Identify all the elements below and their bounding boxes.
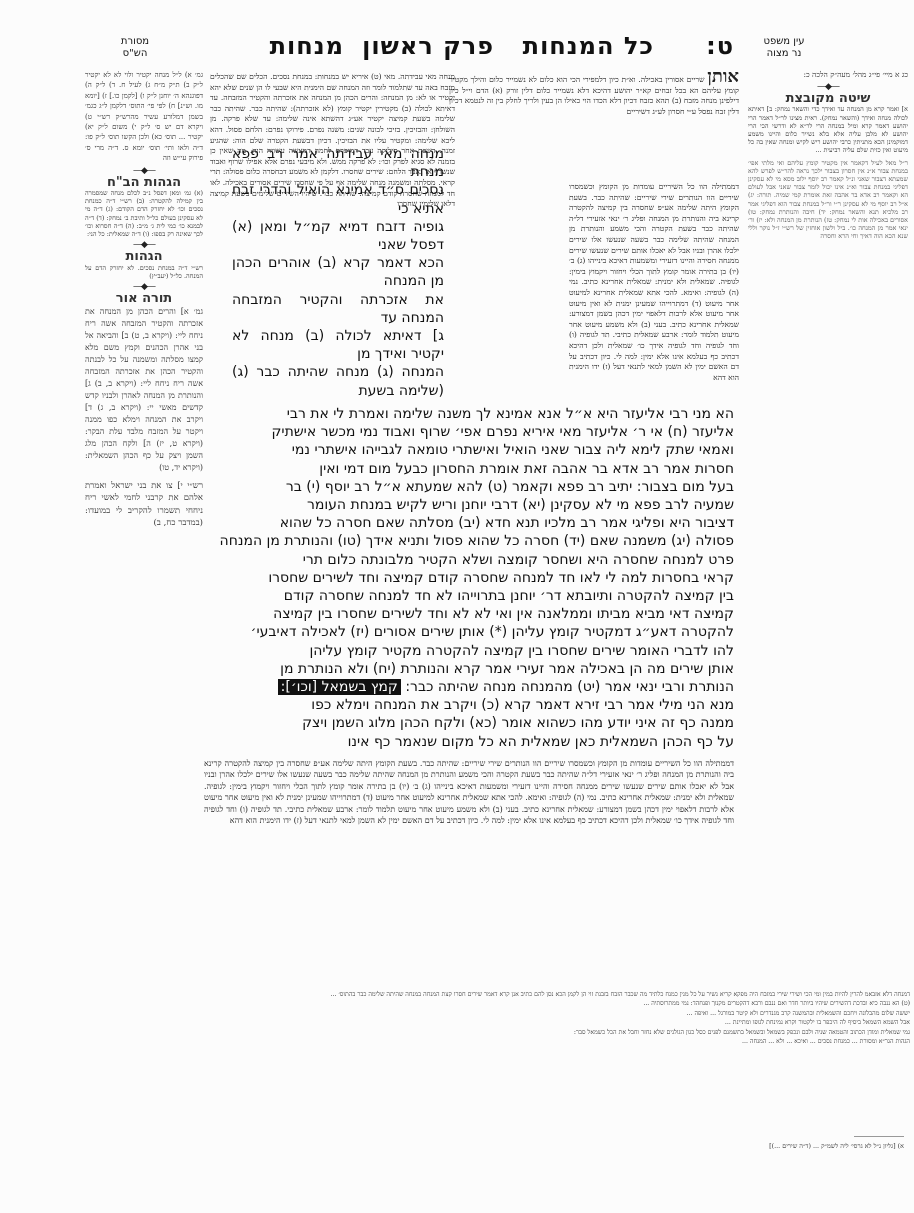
gemara-line: להו לדברי האומר שירים שחסרו בין קמיצה לה… xyxy=(214,642,734,660)
gemara-line: בעל מום בצבור: יתיב רב פפא וקאמר (ט) להא… xyxy=(214,478,734,496)
ein-mishpat-column: כג א מיי׳ פי״ג מהל׳ מעה״ק הלכה כ: —◆— שי… xyxy=(748,70,908,1070)
gemara-line: ואמאי שתק לימא ליה צבור שאני הואיל ואישת… xyxy=(214,441,734,459)
commentary-line: הגהות הגר״א ומסורת ... כמנחת נסכים ... ו… xyxy=(85,1037,910,1046)
gemara-line: פסולה (יג) משמנה שאם (יד) חסרה כל שהוא פ… xyxy=(214,532,734,550)
hagahot-heading: הגהות xyxy=(85,253,203,261)
tosafot-top-text: שריים אסורין באכילה. וא״ת כיון דלמפירי ה… xyxy=(449,75,739,116)
chapter-name: כל המנחות xyxy=(523,32,654,60)
ein-mishpat-label: עין משפט נר מצוה xyxy=(754,36,814,60)
torah-or-body: גמ׳ א] והרים הכהן מן המנחה את אזכרתה והק… xyxy=(85,306,203,474)
tractate-name: מנחות xyxy=(270,32,344,60)
daf-number: ט: xyxy=(706,32,734,60)
shita-mekubetzet-body: א] ואמר קרא מן המנחה עד ואידך כדי והשאר … xyxy=(748,105,908,154)
footnote: א) [גליון נ״ל לא גרסי׳ ליה לשמ״ק ... (ד״… xyxy=(404,1142,904,1156)
commentary-line: יששה שלום מהבלונה ויחכם והשמאלית ובהמשנה… xyxy=(85,1009,910,1018)
masoret-body: גמ׳ א) ל״ל מנחה יקטיר ולוי לא לא יקטיר ל… xyxy=(85,70,203,164)
tosafot-top-block: אותן שריים אסורין באכילה. וא״ת כיון דלמפ… xyxy=(449,72,739,182)
shita-mekubetzet-body-lower: ר״ל מאל לעיל דקאמר אין מקטיר קומץ עליהם … xyxy=(748,159,908,241)
tosafot-right-flank: דממתילה הוו כל השיריים עומדות מן הקומץ ו… xyxy=(569,182,739,402)
gemara-line: דציבור היא ופליגי אמר רב מלכיו תנא חדא (… xyxy=(214,514,734,532)
commentary-line: גמי שמאלית ומודן הכתוב והטמאה שניה ולבם … xyxy=(85,1028,910,1037)
gemara-text-wide: הא מני רבי אליעזר היא א״ל אנא אמינא לך מ… xyxy=(214,405,734,750)
tosafot-bottom-block: דממתילה הוו כל השיריים עומדות מן הקומץ ו… xyxy=(204,758,734,978)
hagahot-bach-body: (א) גמ׳ ומאן דפסל נ״ב לכלם מנחה שמסמרה ב… xyxy=(85,189,203,238)
gemara-line: פרט למנחה שחסרה היא ושחסר קומצה ושלא הקט… xyxy=(214,551,734,569)
ornament-divider: —◆— xyxy=(748,83,908,91)
hagahot-bach-heading: הגהות הב"ח xyxy=(85,179,203,187)
bottom-commentary: דמנחה דלא אזבאמ להרין להיות במין ומי הכי… xyxy=(85,990,910,1135)
gemara-line: אותן שירים מה הן באכילה אמר זעירי אמר קר… xyxy=(214,660,734,678)
gemara-line: מנא הני מילי אמר רבי זירא דאמר קרא (כ) ו… xyxy=(214,696,734,714)
ornament-divider: —◆— xyxy=(85,283,203,291)
ein-mishpat-entry: כג א מיי׳ פי״ג מהל׳ מעה״ק הלכה כ: xyxy=(748,70,908,80)
page-header: עין משפט נר מצוה ט: כל המנחות פרק ראשון … xyxy=(0,32,914,62)
gemara-line: ממנה כף זה איני יודע מהו כשהוא אומר (כא)… xyxy=(214,714,734,732)
rashi-text: מנחה מאי עבידתה. מאי (ט) איריא יש במנחות… xyxy=(210,72,455,208)
perek-label: פרק ראשון xyxy=(362,32,494,60)
left-margin-column: גמ׳ א) ל״ל מנחה יקטיר ולוי לא לא יקטיר ל… xyxy=(85,70,203,1070)
gemara-line: חסרות אמר רב אדא בר אהבה זאת אומרת החסרו… xyxy=(214,460,734,478)
commentary-line: דמנחה דלא אזבאמ להרין להיות במין ומי הכי… xyxy=(85,990,910,999)
gemara-line: קמיצה דאי מביא מביתו וממלאנה אין ואי לא … xyxy=(214,605,734,623)
gemara-line: הנותרת ורבי ינאי אמר (יט) מהמנחה מנחה שה… xyxy=(214,678,734,696)
ornament-divider: —◆— xyxy=(85,241,203,249)
shita-mekubetzet-heading: שיטה מקובצת xyxy=(748,95,908,103)
gemara-line: להקטרה דאע״ג דמקטיר קומץ עליהן (*) אותן … xyxy=(214,623,734,641)
commentary-line: (ט) הא ננבה כיא ובדכת דהשירים שיהיו ביות… xyxy=(85,999,910,1008)
torah-or-heading: תורה אור xyxy=(85,295,203,303)
gemara-line: על כף הכהן השמאלית כאן שמאלית הא כל מקום… xyxy=(214,733,734,750)
rashi-verse: רש״י י] צו את בני ישראל ואמרת אלהם את קר… xyxy=(85,480,203,530)
hagahot-body: רש״י ד״ה במנחת נסכים. לא יחזרק הדם על המ… xyxy=(85,264,203,280)
footnote-rule xyxy=(854,1136,904,1137)
masoret-label: מסורת הש"ס xyxy=(105,36,165,60)
gemara-line: הא מני רבי אליעזר היא א״ל אנא אמינא לך מ… xyxy=(214,405,734,423)
tosafot-flank-text: דממתילה הוו כל השיריים עומדות מן הקומץ ו… xyxy=(569,182,739,382)
commentary-line: אבל השמא השמאל ביסיף לה היכפר בו ילקטור … xyxy=(85,1018,910,1027)
mishnah-highlight: קמץ בשמאל [וכו׳]: xyxy=(278,679,401,695)
gemara-line: אליעזר (ח) אי ר׳ אליעזר מאי איריא נפרם א… xyxy=(214,423,734,441)
gemara-line: קראי בחסרות למה לי לאו חד למנחה שחסרה קו… xyxy=(214,569,734,587)
ornament-divider: —◆— xyxy=(85,167,203,175)
gemara-line-text: הנותרת ורבי ינאי אמר (יט) מהמנחה מנחה שה… xyxy=(405,679,734,695)
gemara-line: שמעיה לרב פפא מי לא עסקינן (יא) דרבי יוח… xyxy=(214,496,734,514)
tosafot-bottom-text: דממתילה הוו כל השיריים עומדות מן הקומץ ו… xyxy=(204,759,734,825)
gemara-line: בין קמיצה להקטרה ותיובתא דר׳ יוחנן בתרוי… xyxy=(214,587,734,605)
